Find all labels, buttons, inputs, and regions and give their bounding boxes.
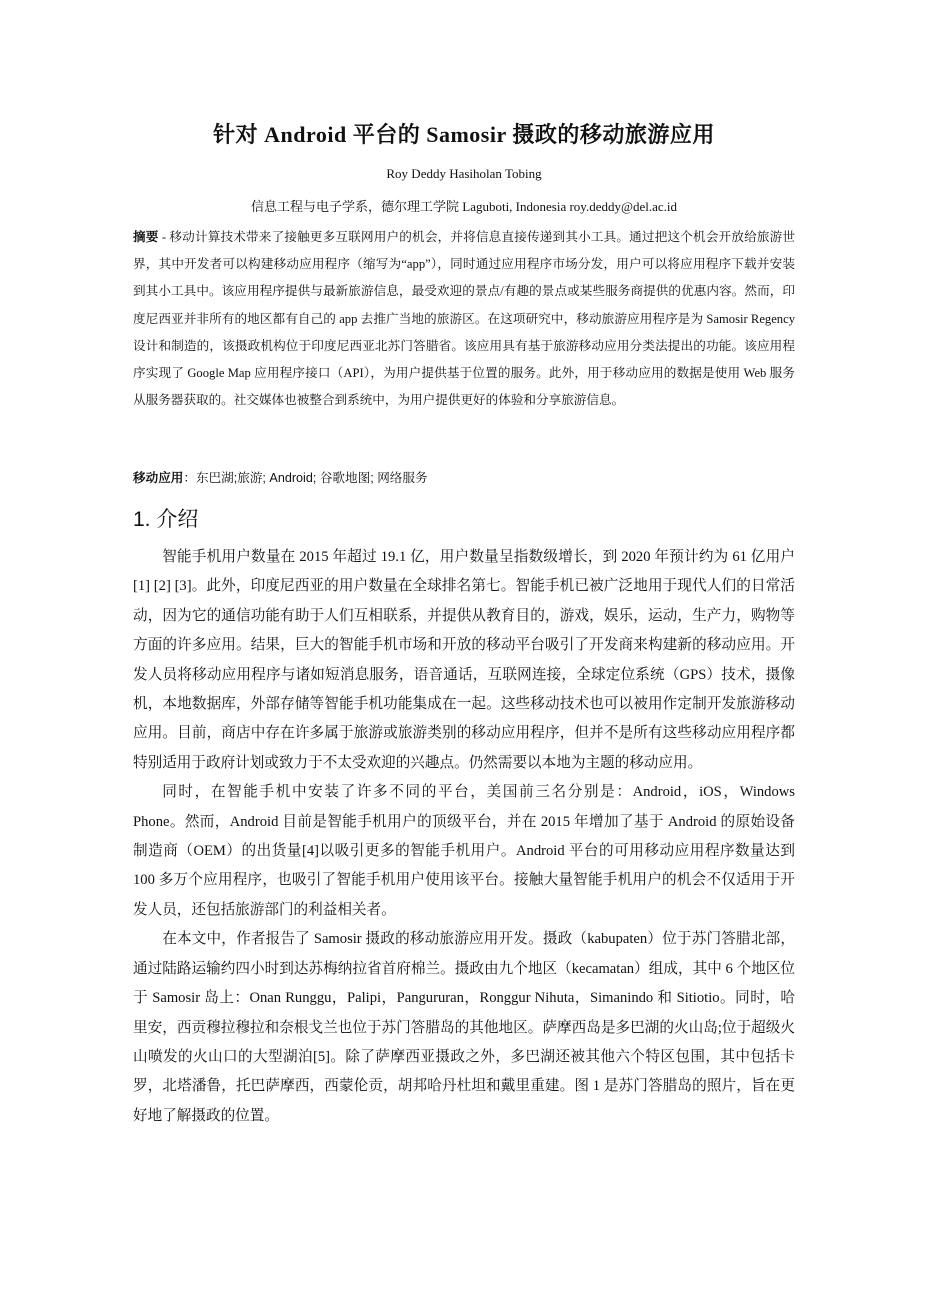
abstract-label: 摘要 <box>133 230 159 244</box>
author-affiliation: 信息工程与电子学系，德尔理工学院 Laguboti, Indonesia roy… <box>133 196 795 215</box>
section-heading: 1. 介绍 <box>133 503 198 533</box>
keywords-label: 移动应用 <box>133 471 183 485</box>
keywords: 移动应用：东巴湖;旅游; Android; 谷歌地图; 网络服务 <box>133 467 795 486</box>
author-name: Roy Deddy Hasiholan Tobing <box>133 166 795 182</box>
section-title: 介绍 <box>156 508 198 531</box>
section-number: 1. <box>133 508 151 531</box>
abstract-text: 移动计算技术带来了接触更多互联网用户的机会，并将信息直接传递到其小工具。通过把这… <box>133 230 795 407</box>
paper-title: 针对 Android 平台的 Samosir 摄政的移动旅游应用 <box>133 120 795 150</box>
section-body: 智能手机用户数量在 2015 年超过 19.1 亿，用户数量呈指数级增长，到 2… <box>133 543 795 1131</box>
body-paragraph: 智能手机用户数量在 2015 年超过 19.1 亿，用户数量呈指数级增长，到 2… <box>133 543 795 778</box>
abstract-separator: - <box>159 230 170 244</box>
body-paragraph: 同时，在智能手机中安装了许多不同的平台，美国前三名分别是：Android，iOS… <box>133 778 795 925</box>
abstract: 摘要 - 移动计算技术带来了接触更多互联网用户的机会，并将信息直接传递到其小工具… <box>133 224 795 414</box>
body-paragraph: 在本文中，作者报告了 Samosir 摄政的移动旅游应用开发。摄政（kabupa… <box>133 925 795 1131</box>
keywords-text: ：东巴湖;旅游; Android; 谷歌地图; 网络服务 <box>183 471 427 485</box>
